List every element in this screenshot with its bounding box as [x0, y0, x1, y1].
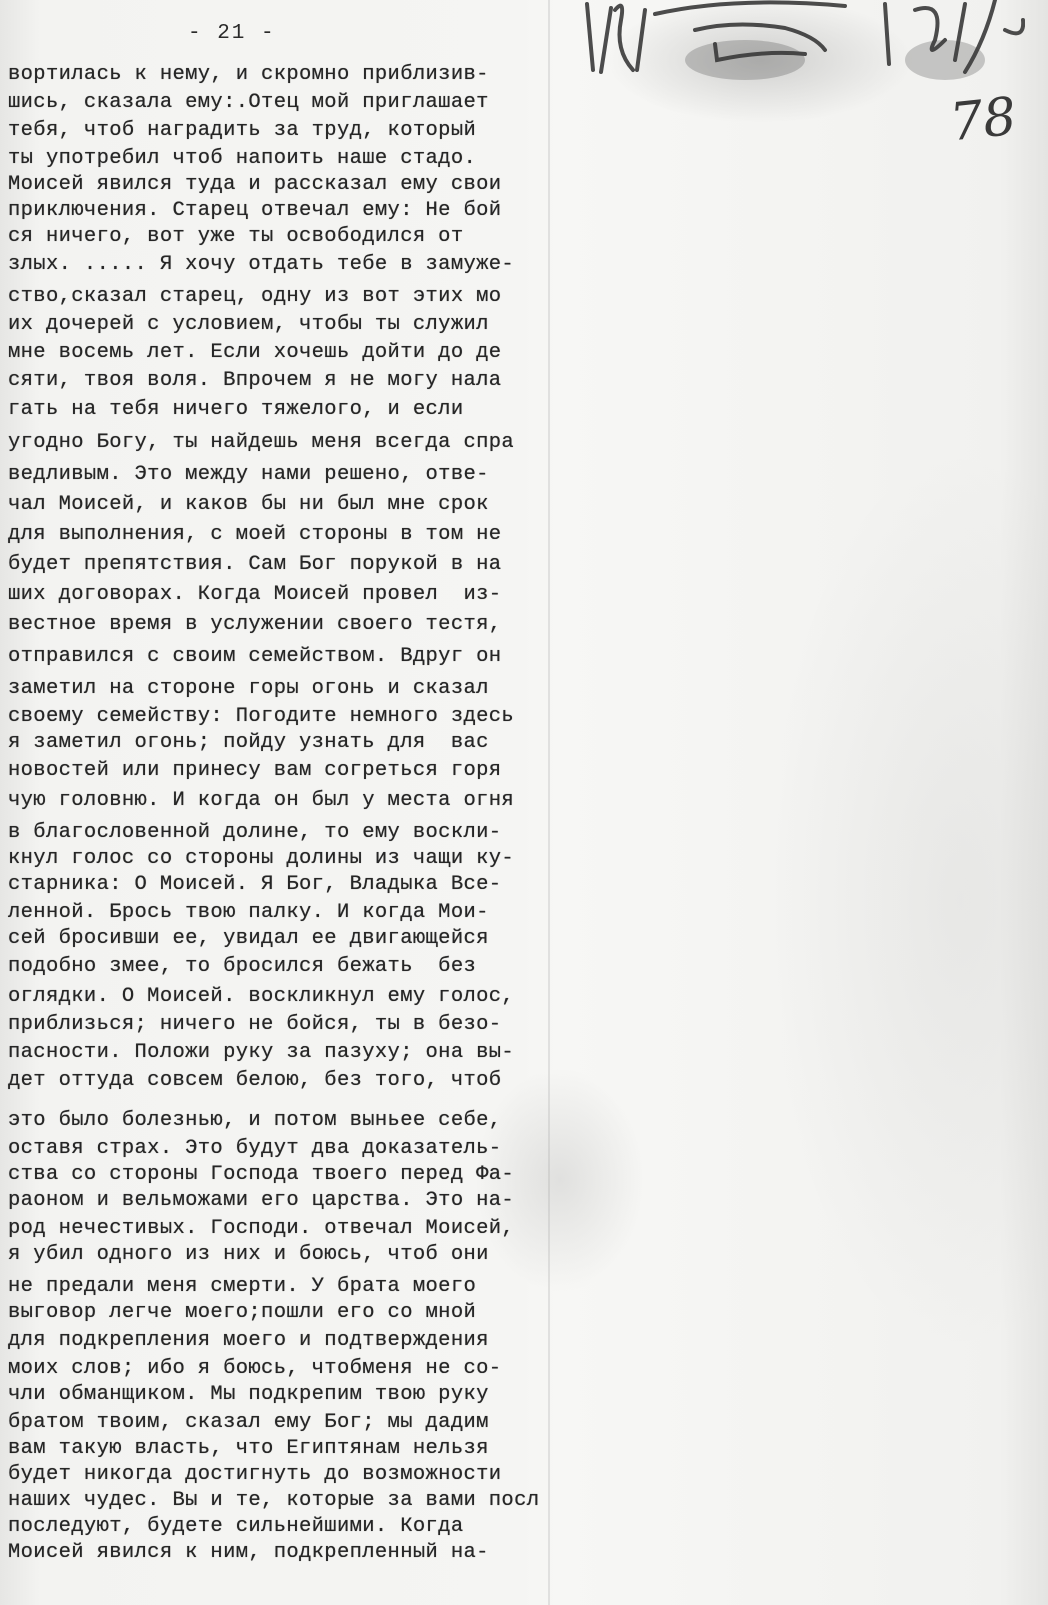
text-line: сей бросивши ее, увидал ее двигающейся — [8, 927, 489, 951]
text-line: в благословенной долине, то ему воскли- — [8, 821, 501, 845]
text-line: ленной. Брось твою палку. И когда Мои- — [8, 901, 489, 925]
text-line: приблизься; ничего не бойся, ты в безо- — [8, 1013, 501, 1037]
text-line: вортилась к нему, и скромно приблизив- — [8, 63, 489, 87]
text-line: приключения. Старец отвечал ему: Не бой — [8, 199, 501, 223]
text-line: шись, сказала ему:.Отец мой приглашает — [8, 91, 489, 115]
text-line: чал Моисей, и каков бы ни был мне срок — [8, 493, 489, 517]
text-line: я заметил огонь; пойду узнать для вас — [8, 731, 489, 755]
text-line: их дочерей с условием, чтобы ты служил — [8, 313, 489, 337]
text-line: я убил одного из них и боюсь, чтоб они — [8, 1243, 489, 1267]
handwritten-folio-number: 78 — [947, 87, 1019, 154]
page-number: - 21 - — [188, 22, 276, 45]
text-line: братом твоим, сказал ему Бог; мы дадим — [8, 1411, 489, 1435]
text-line: наших чудес. Вы и те, которые за вами по… — [8, 1489, 539, 1513]
text-line: Моисей явился к ним, подкрепленный на- — [8, 1541, 489, 1565]
text-line: вестное время в услужении своего тестя, — [8, 613, 501, 637]
text-line: для подкрепления моего и подтверждения — [8, 1329, 489, 1353]
text-line: будет препятствия. Сам Бог порукой в на — [8, 553, 501, 577]
text-line: не предали меня смерти. У брата моего — [8, 1275, 476, 1299]
text-line: злых. ..... Я хочу отдать тебе в замуже- — [8, 253, 514, 277]
text-line: род нечестивых. Господи. отвечал Моисей, — [8, 1217, 514, 1241]
text-line: последуют, будете сильнейшими. Когда — [8, 1515, 463, 1539]
text-line: выговор легче моего;пошли его со мной — [8, 1301, 476, 1325]
text-line: пасности. Положи руку за пазуху; она вы- — [8, 1041, 514, 1065]
text-line: ведливым. Это между нами решено, отве- — [8, 463, 489, 487]
text-line: ся ничего, вот уже ты освободился от — [8, 225, 463, 249]
page-fold-shadow — [548, 0, 550, 1605]
text-line: моих слов; ибо я боюсь, чтобменя не со- — [8, 1357, 501, 1381]
text-line: подобно змее, то бросился бежать без — [8, 955, 476, 979]
text-line: оставя страх. Это будут два доказатель- — [8, 1137, 501, 1161]
text-line: новостей или принесу вам согреться горя — [8, 759, 501, 783]
text-line: дет оттуда совсем белою, без того, чтоб — [8, 1069, 501, 1093]
text-line: это было болезнью, и потом выньее себе, — [8, 1109, 501, 1133]
text-line: отправился с своим семейством. Вдруг он — [8, 645, 501, 669]
text-line: ства со стороны Господа твоего перед Фа- — [8, 1163, 514, 1187]
text-line: чли обманщиком. Мы подкрепим твою руку — [8, 1383, 489, 1407]
text-line: ты употребил чтоб напоить наше стадо. — [8, 147, 476, 171]
text-line: старника: О Моисей. Я Бог, Владыка Все- — [8, 873, 501, 897]
text-line: мне восемь лет. Если хочешь дойти до де — [8, 341, 501, 365]
text-line: Моисей явился туда и рассказал ему свои — [8, 173, 501, 197]
text-line: гать на тебя ничего тяжелого, и если — [8, 398, 463, 422]
text-line: ство,сказал старец, одну из вот этих мо — [8, 285, 501, 309]
handwritten-scribble-mark — [585, 0, 1025, 80]
text-line: своему семейству: Погодите немного здесь — [8, 705, 514, 729]
text-line: сяти, твоя воля. Впрочем я не могу нала — [8, 369, 501, 393]
text-line: заметил на стороне горы огонь и сказал — [8, 677, 489, 701]
text-line: будет никогда достигнуть до возможности — [8, 1463, 501, 1487]
text-line: чую головню. И когда он был у места огня — [8, 789, 514, 813]
text-line: ших договорах. Когда Моисей провел из- — [8, 583, 501, 607]
text-line: вам такую власть, что Египтянам нельзя — [8, 1437, 489, 1461]
text-line: оглядки. О Моисей. воскликнул ему голос, — [8, 985, 514, 1009]
text-line: раоном и вельможами его царства. Это на- — [8, 1189, 514, 1213]
text-line: тебя, чтоб наградить за труд, который — [8, 119, 476, 143]
text-line: для выполнения, с моей стороны в том не — [8, 523, 501, 547]
scanned-page: 78 - 21 - вортилась к нему, и скромно пр… — [0, 0, 1048, 1605]
text-line: кнул голос со стороны долины из чащи ку- — [8, 847, 514, 871]
text-line: угодно Богу, ты найдешь меня всегда спра — [8, 431, 514, 455]
